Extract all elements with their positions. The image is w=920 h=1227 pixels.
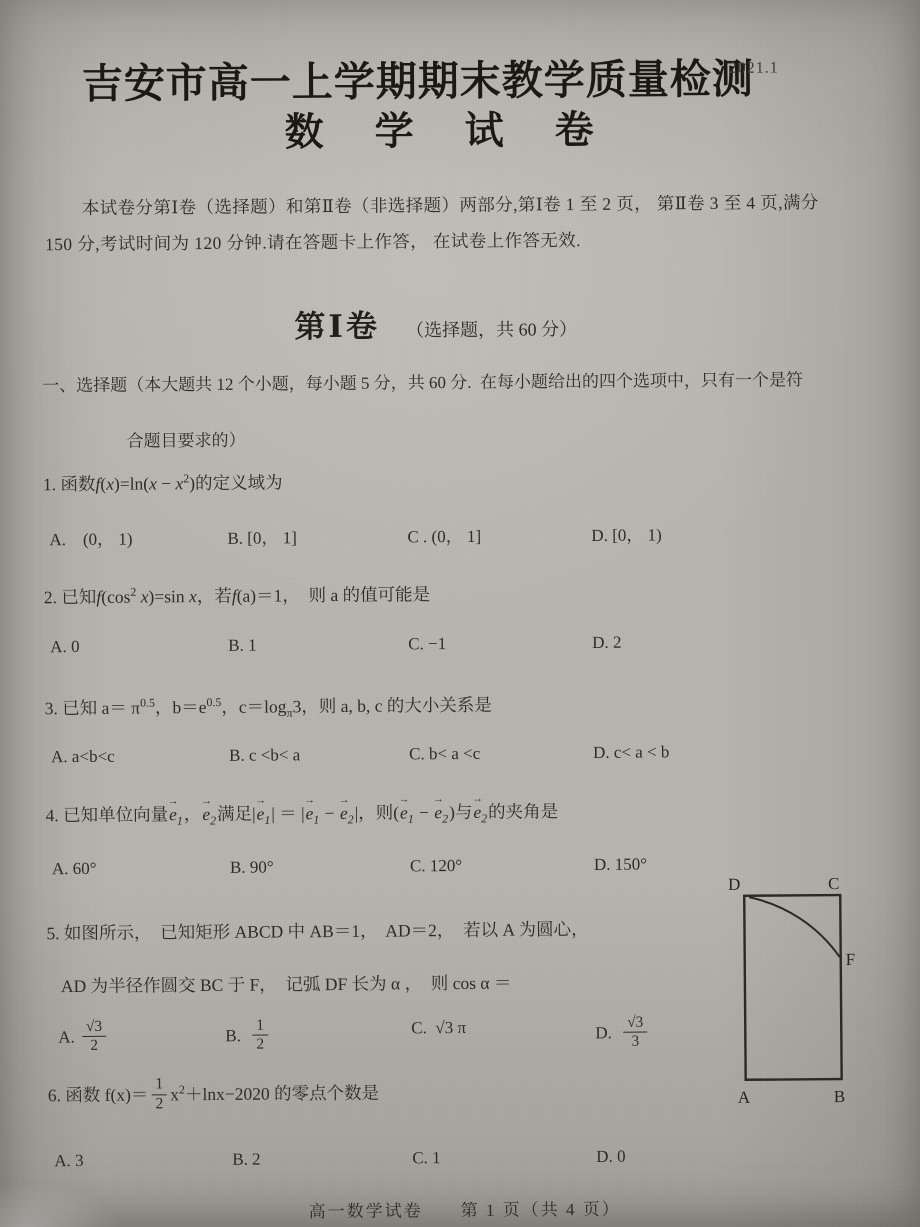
math-txt: )与 [449,802,472,822]
math-txt: 1. 函数 [43,474,96,494]
vector-letter: e [256,804,264,824]
figure-label-f: F [846,950,856,969]
question-3-option-a: A. a<b<c [51,747,115,767]
math-txt: )的定义域为 [189,472,282,493]
question-2-option-d: D. 2 [592,633,621,653]
question-6-option-d: D. 0 [596,1147,625,1167]
math-txt: B. c <b< a [229,745,300,765]
math-txt: D. 0 [596,1147,625,1166]
question-3-option-d: D. c< a < b [593,742,669,763]
section-subtitle: （选择题，共 60 分） [406,319,577,340]
math-txt: C. √3 π [411,1018,466,1037]
question-6-option-a: A. 3 [54,1151,83,1171]
math-txt: D. 2 [592,633,621,652]
question-6-options: A. 3 B. 2 C. 1 D. 0 [4,1144,920,1181]
math-txt: ， [184,804,202,824]
question-3-options: A. a<b<c B. c <b< a C. b< a <c D. c< a <… [1,740,920,777]
fraction-denominator: 2 [90,1037,98,1054]
question-1-option-a: A. (0， 1) [49,525,132,551]
question-1-option-b: B. [0， 1] [227,523,297,549]
question-6-option-b: B. 2 [232,1150,260,1170]
subject-title: 数 学 试 卷 [0,97,902,160]
math-txt: ，若 [197,586,232,606]
vector-subscript: 2 [481,811,487,825]
vector: e2 [472,802,488,827]
scanned-exam-page: 吉安市高一上学期期末教学质量检测 2021.1 数 学 试 卷 本试卷分第Ⅰ卷（… [0,0,920,1227]
vector-subscript: 1 [313,813,319,827]
fraction: 12 [151,1076,167,1112]
vector-subscript: 1 [264,813,270,827]
math-txt: D. [0， 1) [591,525,662,545]
math-txt: )=ln( [114,473,149,493]
vector-subscript: 2 [442,812,448,826]
fraction-numerator: 1 [151,1076,167,1095]
fraction: 12 [252,1018,268,1053]
choice-instructions-line1: 一、选择题（本大题共 12 个小题，每小题 5 分，共 60 分. 在每小题给出… [42,365,892,397]
question-6-stem: 6. 函数 f(x)＝12x2＋lnx−2020 的零点个数是 [48,1073,804,1115]
math-txt: C. 120° [410,856,462,875]
math-txt: |，则( [355,802,399,822]
question-1-options: A. (0， 1) B. [0， 1] C . (0， 1] D. [0， 1) [0,518,920,555]
math-txt: C . (0， 1] [407,527,481,547]
math-txt: 3，则 a, b, c 的大小关系是 [292,695,491,717]
math-txt: B. [225,1026,249,1045]
vector-subscript: 2 [348,812,354,826]
fraction-denominator: 2 [256,1036,264,1053]
question-1-option-c: C . (0， 1] [407,522,481,548]
vector: e2 [201,804,217,829]
fraction: √32 [82,1019,106,1054]
exam-sheet: 吉安市高一上学期期末教学质量检测 2021.1 数 学 试 卷 本试卷分第Ⅰ卷（… [0,0,920,1227]
math-txt: D. [595,1023,620,1042]
math-txt: A. [58,1027,79,1046]
math-txt: ＋lnx−2020 的零点个数是 [185,1083,379,1105]
rectangle-abcd [744,895,841,1080]
math-txt: B. 2 [232,1150,260,1169]
intro-paragraph-line2: 150 分,考试时间为 120 分钟.请在答题卡上作答， 在试卷上作答无效. [45,225,857,256]
exam-date: 2021.1 [729,59,779,77]
math-txt: A. 60° [52,859,97,878]
math-sup: 0.5 [140,696,155,710]
question-4-option-b: B. 90° [230,857,274,877]
math-txt: − [415,802,434,822]
vector-letter: e [305,803,313,823]
math-txt: C. −1 [408,634,446,653]
math-txt: A. 0 [50,637,79,656]
question-3-option-c: C. b< a <c [409,744,480,765]
question-5-option-b: B. 12 [225,1019,271,1054]
math-txt: 3. 已知 a＝ π [45,698,141,719]
math-sup: 0.5 [206,695,221,709]
figure-label-d: D [728,875,740,894]
vector: e1 [399,802,415,827]
question-6-option-c: C. 1 [412,1148,440,1168]
vector-letter: e [473,802,481,822]
intro-paragraph-line1: 本试卷分第Ⅰ卷（选择题）和第Ⅱ卷（非选择题）两部分,第Ⅰ卷 1 至 2 页， 第… [82,189,877,220]
figure-label-b: B [834,1087,845,1106]
arc-df [749,897,839,958]
fraction-numerator: √3 [82,1019,106,1037]
question-2-option-c: C. −1 [408,634,446,654]
question-1-stem: 1. 函数f(x)=ln(x − x2)的定义域为 [43,465,799,496]
vector: e1 [255,803,271,828]
question-5-option-c: C. √3 π [411,1018,466,1038]
math-txt: A. 3 [54,1151,83,1170]
math-txt: 满足| [217,804,256,824]
math-it: x [189,586,197,606]
question-2-stem: 2. 已知f(cos2 x)=sin x，若f(a)＝1， 则 a 的值可能是 [44,578,800,609]
question-4-option-a: A. 60° [52,859,97,879]
vector-letter: e [202,804,210,824]
vector: e2 [433,802,449,827]
question-5-figure: D C F A B [692,866,920,1120]
question-4-option-d: D. 150° [594,855,647,875]
question-5-option-a: A. √32 [58,1021,109,1056]
math-txt: − [157,473,176,493]
question-4-stem: 4. 已知单位向量e1，e2满足|e1| ＝ |e1 − e2|，则(e1 − … [45,796,801,829]
math-txt: B. [0， 1] [227,528,297,548]
math-txt: | ＝ | [271,803,304,823]
choice-instructions-line2: 合题目要求的） [127,426,246,452]
vector-letter: e [434,802,442,822]
fraction-numerator: √3 [623,1015,647,1033]
vector-subscript: 1 [177,814,183,828]
question-2-option-a: A. 0 [50,637,79,657]
math-txt: D. c< a < b [593,742,669,762]
vector: e1 [168,804,184,829]
question-3-option-b: B. c <b< a [229,745,300,766]
fraction-denominator: 2 [155,1095,163,1113]
question-2-option-b: B. 1 [228,636,256,656]
math-txt: − [320,803,339,823]
vector-letter: e [340,803,348,823]
question-4-option-c: C. 120° [410,856,462,876]
math-txt: (a)＝1， 则 a 的值可能是 [237,584,431,606]
figure-label-a: A [738,1088,751,1107]
math-txt: 2. 已知 [44,587,97,607]
math-it: x [149,473,157,493]
math-txt: B. 1 [228,636,256,655]
question-3-stem: 3. 已知 a＝ π0.5，b＝e0.5，c＝logπ3，则 a, b, c 的… [45,689,801,722]
math-txt: 的夹角是 [488,801,558,822]
math-txt: (cos [101,587,130,607]
question-5-stem-line2: AD 为半径作圆交 BC 于 F， 记弧 DF 长为 α ， 则 cos α ＝ [61,967,803,998]
math-it: x [141,586,149,606]
fraction-denominator: 3 [632,1033,640,1050]
math-txt: 6. 函数 f(x)＝ [48,1085,149,1106]
vector-subscript: 2 [210,813,216,827]
page-footer: 高一数学试卷 第 1 页（共 4 页） [5,1192,920,1224]
question-1-option-d: D. [0， 1) [591,520,662,546]
math-txt: 4. 已知单位向量 [45,804,168,825]
figure-label-c: C [828,874,839,893]
math-txt: )=sin [148,586,189,606]
vector: e2 [339,803,355,828]
section-title: 第Ⅰ卷 [294,309,380,345]
question-2-options: A. 0 B. 1 C. −1 D. 2 [0,630,920,667]
math-txt: C. 1 [412,1148,440,1167]
vector: e1 [304,803,320,828]
fraction: √33 [623,1015,647,1050]
section-heading: 第Ⅰ卷（选择题，共 60 分） [0,297,896,349]
math-txt: C. b< a <c [409,744,480,764]
math-it: x [106,474,114,494]
math-txt: ，c＝log [221,696,286,717]
math-txt: ，b＝e [155,697,207,717]
vector-subscript: 1 [408,812,414,826]
math-txt: A. (0， 1) [49,530,132,550]
math-txt: D. 150° [594,855,647,874]
math-txt: B. 90° [230,857,274,876]
question-5-option-d: D. √33 [595,1017,650,1053]
math-txt: A. a<b<c [51,747,115,766]
fraction-numerator: 1 [252,1018,268,1036]
question-5-stem-line1: 5. 如图所示， 已知矩形 ABCD 中 AB＝1， AD＝2， 若以 A 为圆… [46,914,802,945]
